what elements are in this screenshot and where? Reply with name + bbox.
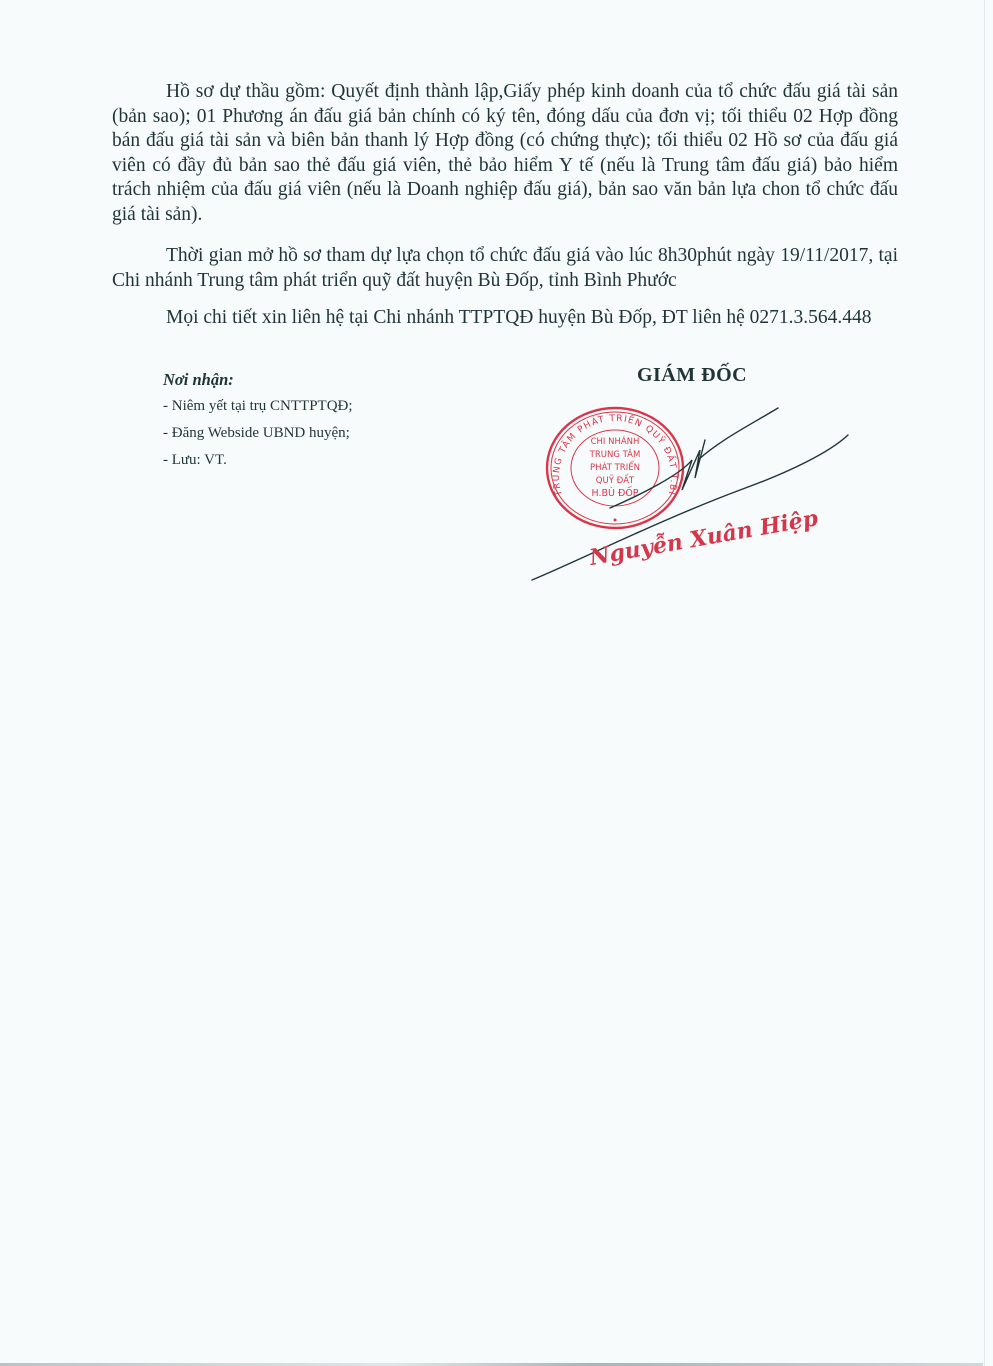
recipient-item: - Lưu: VT.	[163, 447, 353, 474]
handwritten-signature-icon	[520, 380, 860, 590]
recipients-block: Nơi nhận: - Niêm yết tại trụ CNTTPTQĐ; -…	[163, 366, 353, 474]
page-edge	[984, 0, 985, 1366]
paragraph-contact: Mọi chi tiết xin liên hệ tại Chi nhánh T…	[112, 306, 898, 331]
recipient-item: - Niêm yết tại trụ CNTTPTQĐ;	[163, 393, 353, 420]
paragraph-bid-documents: Hồ sơ dự thầu gồm: Quyết định thành lập,…	[112, 80, 898, 227]
paragraph-text: Mọi chi tiết xin liên hệ tại Chi nhánh T…	[112, 306, 898, 331]
recipient-item: - Đăng Webside UBND huyện;	[163, 420, 353, 447]
paragraph-opening-time: Thời gian mở hồ sơ tham dự lựa chọn tổ c…	[112, 244, 898, 293]
paragraph-text: Thời gian mở hồ sơ tham dự lựa chọn tổ c…	[112, 244, 898, 293]
recipients-title: Nơi nhận:	[163, 366, 353, 393]
paragraph-text: Hồ sơ dự thầu gồm: Quyết định thành lập,…	[112, 80, 898, 227]
